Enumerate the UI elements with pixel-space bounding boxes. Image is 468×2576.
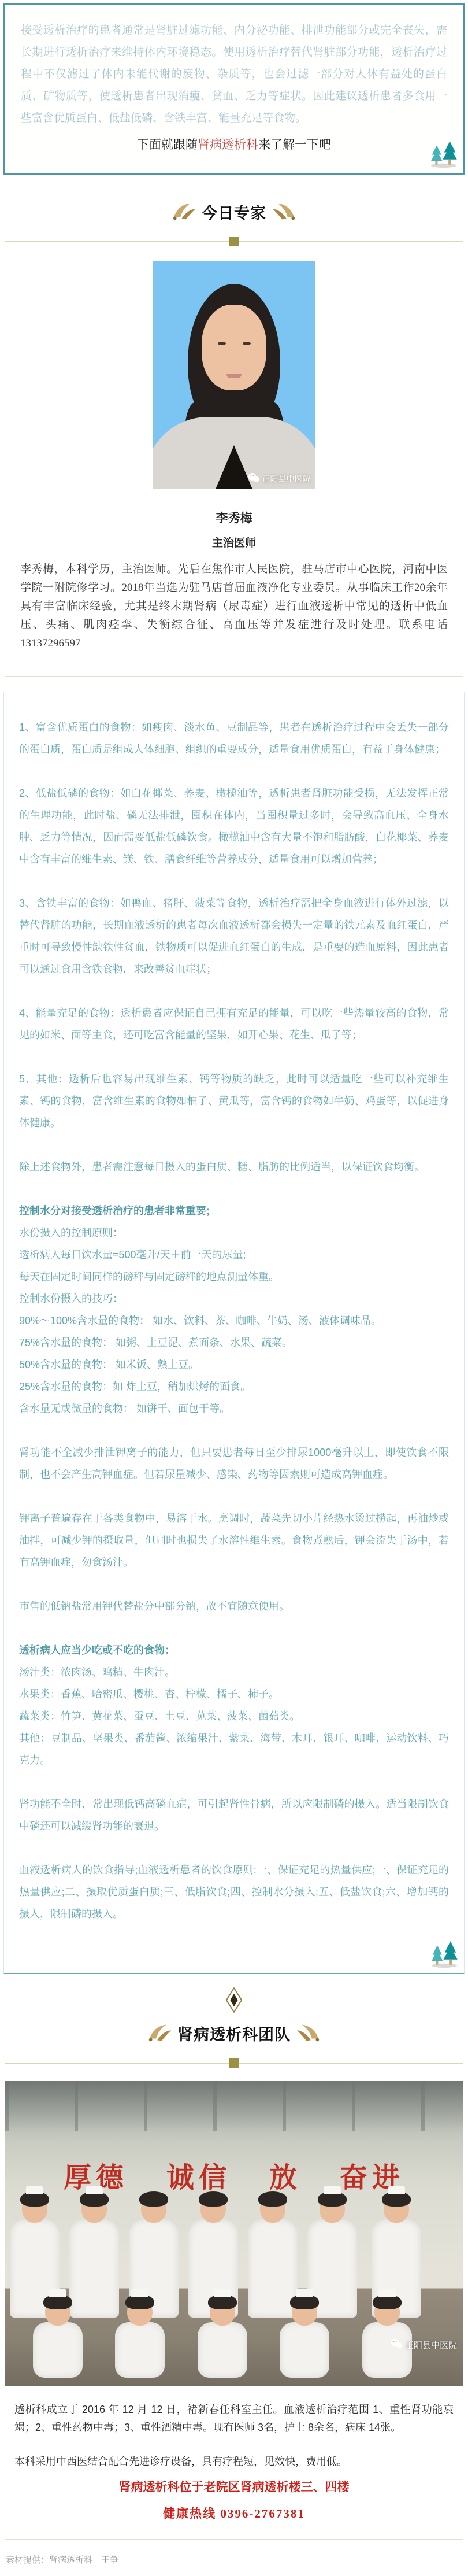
article-page: 接受透析治疗的患者通常是肾脏过滤功能、内分泌功能、排泄功能部分或完全丧失，需长期…: [0, 3, 468, 2566]
team-member-figure: [115, 2298, 165, 2378]
expert-name: 李秀梅: [14, 509, 454, 526]
diet-paragraph: 2、低盐低磷的食物：如白花椰菜、荞麦、橄榄油等，透析患者肾脏功能受损，无法发挥正…: [19, 782, 449, 870]
source-credit: 素材提供：肾病透析科 王争: [6, 2553, 462, 2566]
diet-line: 90%～100%含水量的食物： 如水、饮料、茶、咖啡、牛奶、汤、液体调味品。: [19, 1310, 449, 1332]
diamond-ornament-icon: [0, 1987, 468, 2013]
photo-watermark: 正阳县中医院: [391, 2338, 457, 2351]
team-description: 透析科成立于 2016 年 12 月 12 日，褚新春任科室主任。血液透析治疗范…: [14, 2401, 454, 2437]
diet-line: 控制水份摄入的技巧：: [19, 1288, 449, 1310]
diet-line: 含水量无或微量的食物： 如饼干、面包干等。: [19, 1398, 449, 1420]
diet-line: 汤汁类：浓肉汤、鸡精、牛肉汁。: [19, 1661, 449, 1683]
portrait-eye: [218, 342, 226, 345]
department-location-line: 肾病透析科位于老院区肾病透析楼三、四楼: [14, 2478, 454, 2495]
health-hotline: 健康热线 0396-2767381: [14, 2504, 454, 2522]
follow-prefix: 下面就跟随: [137, 138, 198, 151]
diet-line: 75%含水量的食物： 如粥、土豆泥、煮面条、水果、蔬菜。: [19, 1332, 449, 1354]
diet-paragraph: 钾离子普遍存在于各类食物中，易溶于水。烹调时，蔬菜先切小片经热水烫过捞起，再油炒…: [19, 1507, 449, 1573]
department-link-text[interactable]: 肾病透析科: [198, 138, 258, 151]
portrait-mouth: [226, 374, 242, 378]
portrait-collar: [216, 445, 252, 489]
banner-word: 放: [269, 2155, 302, 2195]
follow-suffix: 来了解一下吧: [258, 138, 331, 151]
team-group-photo: 厚德 诚信 放 奋进: [5, 2081, 463, 2386]
team-member-figure: [33, 2298, 83, 2378]
banner-word: 诚信: [166, 2155, 231, 2195]
team-section-title: 肾病透析科团队: [177, 2022, 291, 2045]
diet-heading: 透析病人应当少吃或不吃的食物：: [19, 1639, 449, 1661]
pine-trees-icon: [429, 1939, 459, 1971]
intro-paragraph: 接受透析治疗的患者通常是肾脏过滤功能、内分泌功能、排泄功能部分或完全丧失，需长期…: [21, 20, 447, 130]
diet-paragraph: 市售的低钠盐常用钾代替盐分中部分钠，故不宜随意使用。: [19, 1595, 449, 1617]
diet-paragraph: 肾功能不全时，常出现低钙高磷血症，可引起肾性骨病，所以应限制磷的摄入。适当限制饮…: [19, 1793, 449, 1837]
expert-job-title: 主治医师: [14, 534, 454, 550]
laurel-leaf-icon: [271, 200, 298, 224]
diet-heading: 控制水分对接受透析治疗的患者非常重要;: [19, 1200, 449, 1222]
laurel-leaf-icon: [170, 200, 197, 224]
ceiling-beams: [5, 2081, 463, 2131]
diet-line: 蔬菜类：竹笋、黄花菜、蚕豆、土豆、苋菜、菠菜、菌菇类。: [19, 1705, 449, 1727]
follow-line: 下面就跟随肾病透析科来了解一下吧: [21, 135, 447, 153]
photo-watermark: 正阳县中医院: [248, 472, 311, 485]
portrait-eye: [243, 342, 251, 345]
expert-section-header: 今日专家: [0, 200, 468, 224]
wechat-bubbles-icon: [248, 472, 259, 485]
photo-watermark-text: 正阳县中医院: [262, 473, 311, 485]
photo-watermark-text: 正阳县中医院: [405, 2339, 457, 2351]
pine-trees-icon: [429, 139, 459, 171]
expert-bio: 李秀梅，本科学历，主治医师。先后在焦作市人民医院，驻马店市中心医院，河南中医学院…: [20, 560, 448, 653]
team-description2: 本科采用中西医结合配合先进诊疗设备，具有疗程短，见效快，费用低。: [14, 2453, 454, 2471]
diet-line: 透析病人每日饮水量=500毫升/天＋前一天的尿量;: [19, 1244, 449, 1266]
team-section-header: 肾病透析科团队: [0, 2021, 468, 2045]
diet-guidance-box: 1、富含优质蛋白的食物：如瘦肉、淡水鱼、豆制品等，患者在透析治疗过程中会丢失一部…: [3, 692, 465, 1975]
intro-box: 接受透析治疗的患者通常是肾脏过滤功能、内分泌功能、排泄功能部分或完全丧失，需长期…: [3, 3, 465, 175]
diet-line: 其他：豆制品、坚果类、番茄酱、浓缩果汁、紫菜、海带、木耳、银耳、咖啡、运动饮料、…: [19, 1727, 449, 1771]
diet-paragraph: 肾功能不全减少排泄钾离子的能力，但只要患者每日至少排尿1000毫升以上，即使饮食…: [19, 1442, 449, 1485]
wechat-bubbles-icon: [391, 2338, 402, 2351]
laurel-leaf-icon: [295, 2021, 322, 2045]
diet-line: 50%含水量的食物： 如米饭、熟土豆。: [19, 1354, 449, 1376]
diet-paragraph: 1、富含优质蛋白的食物：如瘦肉、淡水鱼、豆制品等，患者在透析治疗过程中会丢失一部…: [19, 716, 449, 760]
diet-line: 水果类：香蕉、哈密瓜、樱桃、杏、柠檬、橘子、柿子。: [19, 1683, 449, 1705]
expert-card: 正阳县中医院 李秀梅 主治医师 李秀梅，本科学历，主治医师。先后在焦作市人民医院…: [5, 241, 463, 677]
team-member-figure: [198, 2298, 247, 2378]
laurel-leaf-icon: [146, 2021, 173, 2045]
team-card: 厚德 诚信 放 奋进: [5, 2063, 463, 2540]
team-member-figure: [280, 2298, 329, 2378]
expert-photo: 正阳县中医院: [153, 261, 315, 489]
diet-paragraph: 5、其他：透析后也容易出现维生素、钙等物质的缺乏，此时可以适量吃一些可以补充维生…: [19, 1068, 449, 1134]
team-member-figure: [362, 2298, 412, 2378]
expert-section-title: 今日专家: [202, 201, 266, 223]
diet-line: 25%含水量的食物：如 炸土豆，稍加烘烤的面食。: [19, 1376, 449, 1398]
diet-paragraph: 血液透析病人的饮食指导;血液透析患者的饮食原则:一、保证充足的热量供应;一、保证…: [19, 1859, 449, 1925]
diet-line: 每天在固定时间同样的磅秤与固定磅秤的地点测量体重。: [19, 1266, 449, 1288]
diet-line: 水份摄入的控制原则：: [19, 1222, 449, 1244]
diet-paragraph: 除上述食物外，患者需注意每日摄入的蛋白质、糖、脂肪的比例适当，以保证饮食均衡。: [19, 1156, 449, 1178]
diet-paragraph: 4、能量充足的食物：透析患者应保证自己拥有充足的能量，可以吃一些热量较高的食物，…: [19, 1002, 449, 1046]
diet-paragraph: 3、含铁丰富的食物：如鸭血、猪肝、菠菜等食物，透析治疗需把全身血液进行体外过滤，…: [19, 892, 449, 980]
